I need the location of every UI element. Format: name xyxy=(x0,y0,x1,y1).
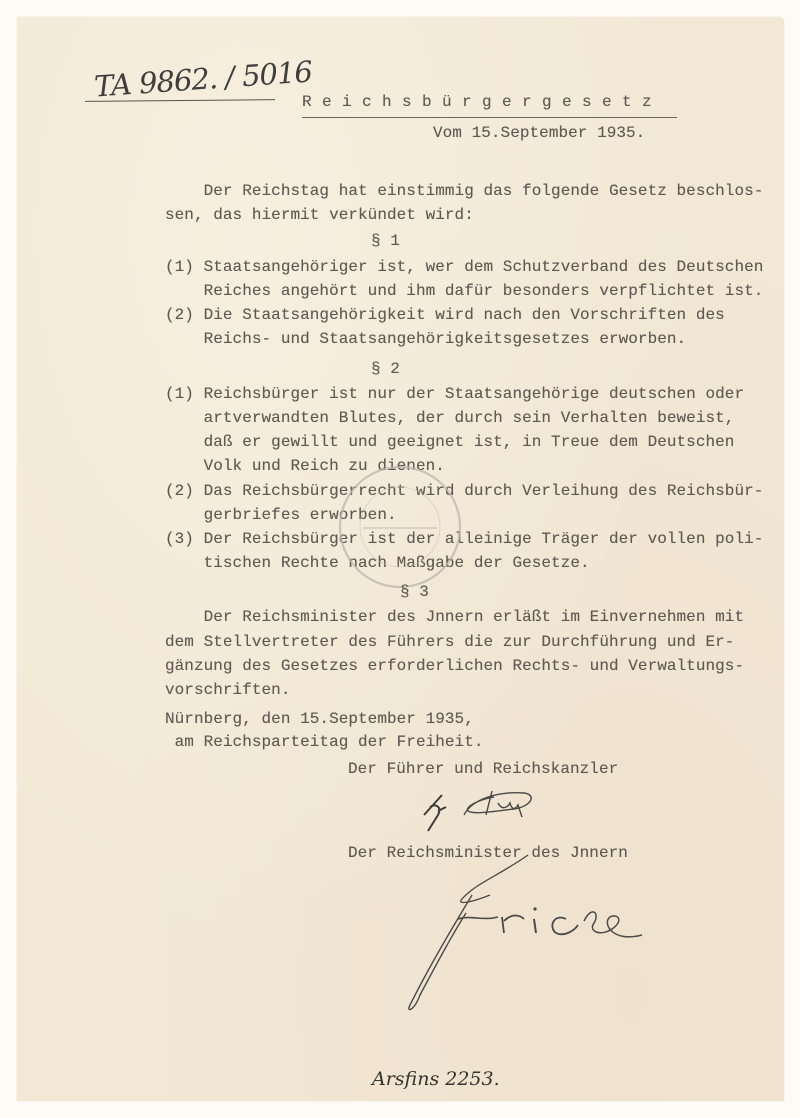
section-line: daß er gewillt und geeignet ist, in Treu… xyxy=(165,430,734,455)
section-heading: § 2 xyxy=(371,357,400,382)
place-date-line: am Reichsparteitag der Freiheit. xyxy=(165,730,484,755)
footer-annotation: Arsfins 2253. xyxy=(372,1068,500,1090)
document-date: Vom 15.September 1935. xyxy=(433,121,645,146)
archive-stamp-icon xyxy=(335,462,465,592)
section-line: Reichs- und Staatsangehörigkeitsgesetzes… xyxy=(165,327,686,352)
section-line: Reiches angehört und ihm dafür besonders… xyxy=(165,279,763,304)
section-line: Der Reichsminister des Jnnern erläßt im … xyxy=(165,605,744,630)
section-line: (2) Die Staatsangehörigkeit wird nach de… xyxy=(165,303,725,328)
place-date-line: Nürnberg, den 15.September 1935, xyxy=(165,707,474,732)
signature-hitler-icon xyxy=(420,785,550,835)
signature-frick-icon xyxy=(380,855,680,1015)
section-line: gänzung des Gesetzes erforderlichen Rech… xyxy=(165,654,744,679)
section-line: vorschriften. xyxy=(165,678,290,703)
section-line: (1) Staatsangehöriger ist, wer dem Schut… xyxy=(165,255,763,280)
section-heading: § 1 xyxy=(371,229,400,254)
section-line: artverwandten Blutes, der durch sein Ver… xyxy=(165,406,734,431)
signatory-title: Der Führer und Reichskanzler xyxy=(348,757,618,782)
preamble-line: Der Reichstag hat einstimmig das folgend… xyxy=(165,179,763,204)
section-heading: § 3 xyxy=(400,580,429,605)
section-line: dem Stellvertreter des Führers die zur D… xyxy=(165,630,734,655)
section-line: (1) Reichsbürger ist nur der Staatsangeh… xyxy=(165,382,744,407)
preamble-line: sen, das hiermit verkündet wird: xyxy=(165,203,474,228)
document-title: Reichsbürgergesetz xyxy=(302,90,677,118)
